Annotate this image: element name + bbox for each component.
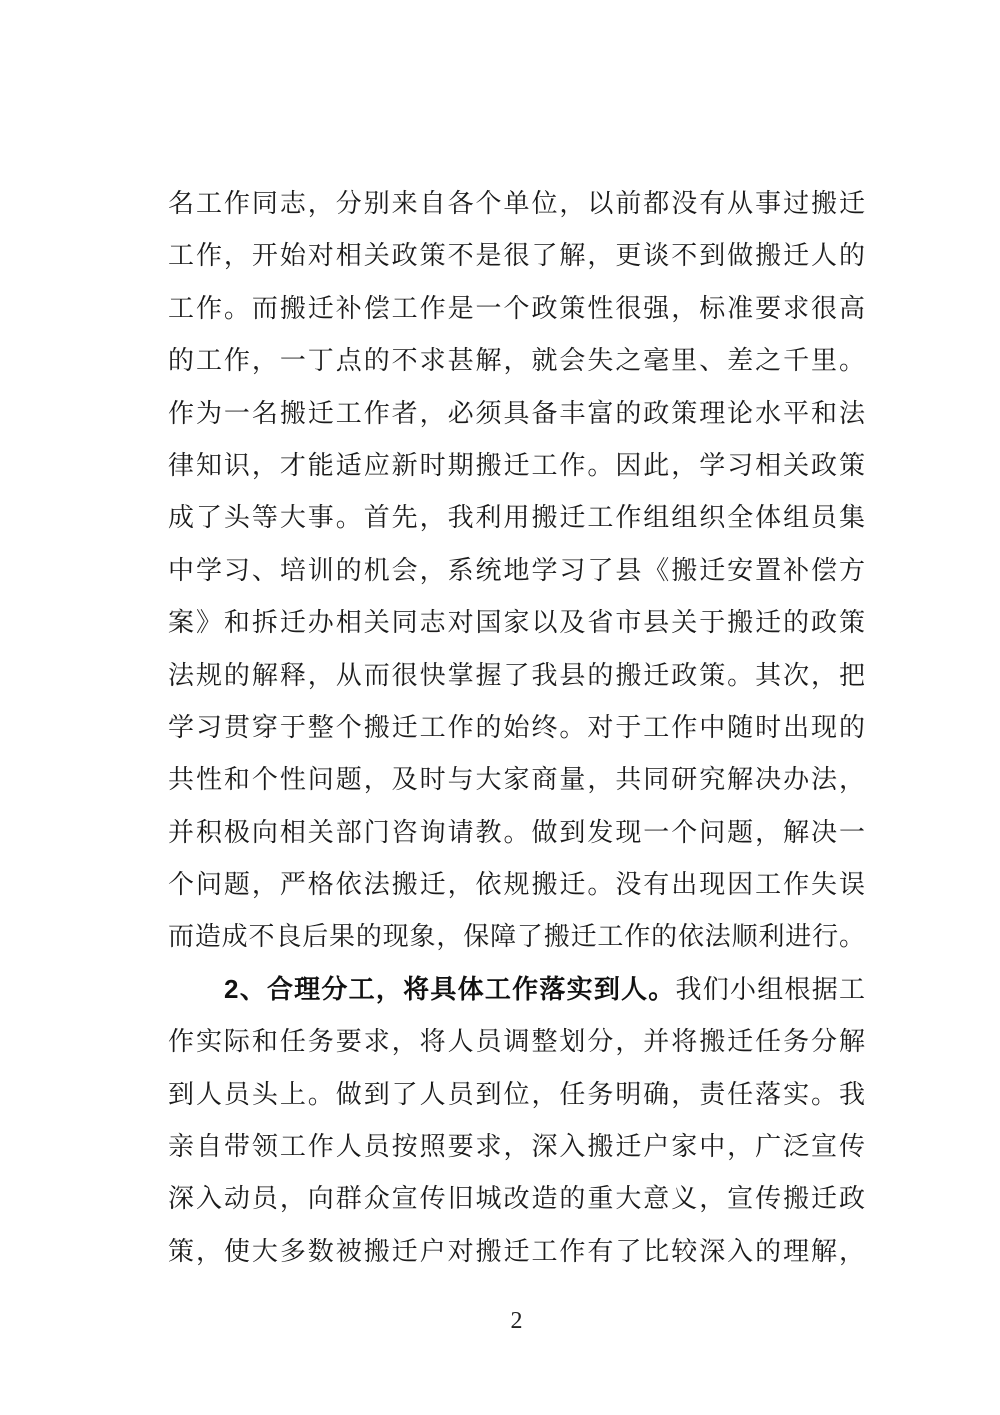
paragraph2-line: 作实际和任务要求，将人员调整划分，并将搬迁任务分解 — [168, 1015, 865, 1067]
paragraph1-line: 工作。而搬迁补偿工作是一个政策性很强，标准要求很高 — [168, 282, 865, 334]
paragraph1-line: 名工作同志，分别来自各个单位，以前都没有从事过搬迁 — [168, 177, 865, 229]
paragraph1-line: 个问题，严格依法搬迁，依规搬迁。没有出现因工作失误 — [168, 858, 865, 910]
paragraph1-line: 的工作，一丁点的不求甚解，就会失之毫里、差之千里。 — [168, 334, 865, 386]
paragraph2-line: 策，使大多数被搬迁户对搬迁工作有了比较深入的理解， — [168, 1225, 865, 1277]
paragraph1-line: 工作，开始对相关政策不是很了解，更谈不到做搬迁人的 — [168, 229, 865, 281]
paragraph1-line: 律知识，才能适应新时期搬迁工作。因此，学习相关政策 — [168, 439, 865, 491]
paragraph1-line: 成了头等大事。首先，我利用搬迁工作组组织全体组员集 — [168, 491, 865, 543]
paragraph1-line: 而造成不良后果的现象，保障了搬迁工作的依法顺利进行。 — [168, 910, 865, 962]
paragraph2-heading-rest: 我们小组根据工 — [676, 974, 865, 1004]
paragraph1-line: 中学习、培训的机会，系统地学习了县《搬迁安置补偿方 — [168, 544, 865, 596]
page-number: 2 — [168, 1306, 865, 1336]
text-block: 名工作同志，分别来自各个单位，以前都没有从事过搬迁 工作，开始对相关政策不是很了… — [168, 177, 865, 1277]
paragraph1-line: 作为一名搬迁工作者，必须具备丰富的政策理论水平和法 — [168, 387, 865, 439]
document-page: 名工作同志，分别来自各个单位，以前都没有从事过搬迁 工作，开始对相关政策不是很了… — [0, 0, 1000, 1415]
paragraph1-line: 学习贯穿于整个搬迁工作的始终。对于工作中随时出现的 — [168, 701, 865, 753]
paragraph2-line: 亲自带领工作人员按照要求，深入搬迁户家中，广泛宣传 — [168, 1120, 865, 1172]
paragraph1-line: 法规的解释，从而很快掌握了我县的搬迁政策。其次，把 — [168, 649, 865, 701]
paragraph1-line: 共性和个性问题，及时与大家商量，共同研究解决办法， — [168, 753, 865, 805]
paragraph2-line: 到人员头上。做到了人员到位，任务明确，责任落实。我 — [168, 1068, 865, 1120]
paragraph2-line: 深入动员，向群众宣传旧城改造的重大意义，宣传搬迁政 — [168, 1172, 865, 1224]
paragraph2-heading-line: 2、合理分工，将具体工作落实到人。我们小组根据工 — [168, 963, 865, 1015]
paragraph2-heading-bold: 2、合理分工，将具体工作落实到人。 — [224, 974, 676, 1004]
paragraph1-line: 并积极向相关部门咨询请教。做到发现一个问题，解决一 — [168, 806, 865, 858]
paragraph1-line: 案》和拆迁办相关同志对国家以及省市县关于搬迁的政策 — [168, 596, 865, 648]
